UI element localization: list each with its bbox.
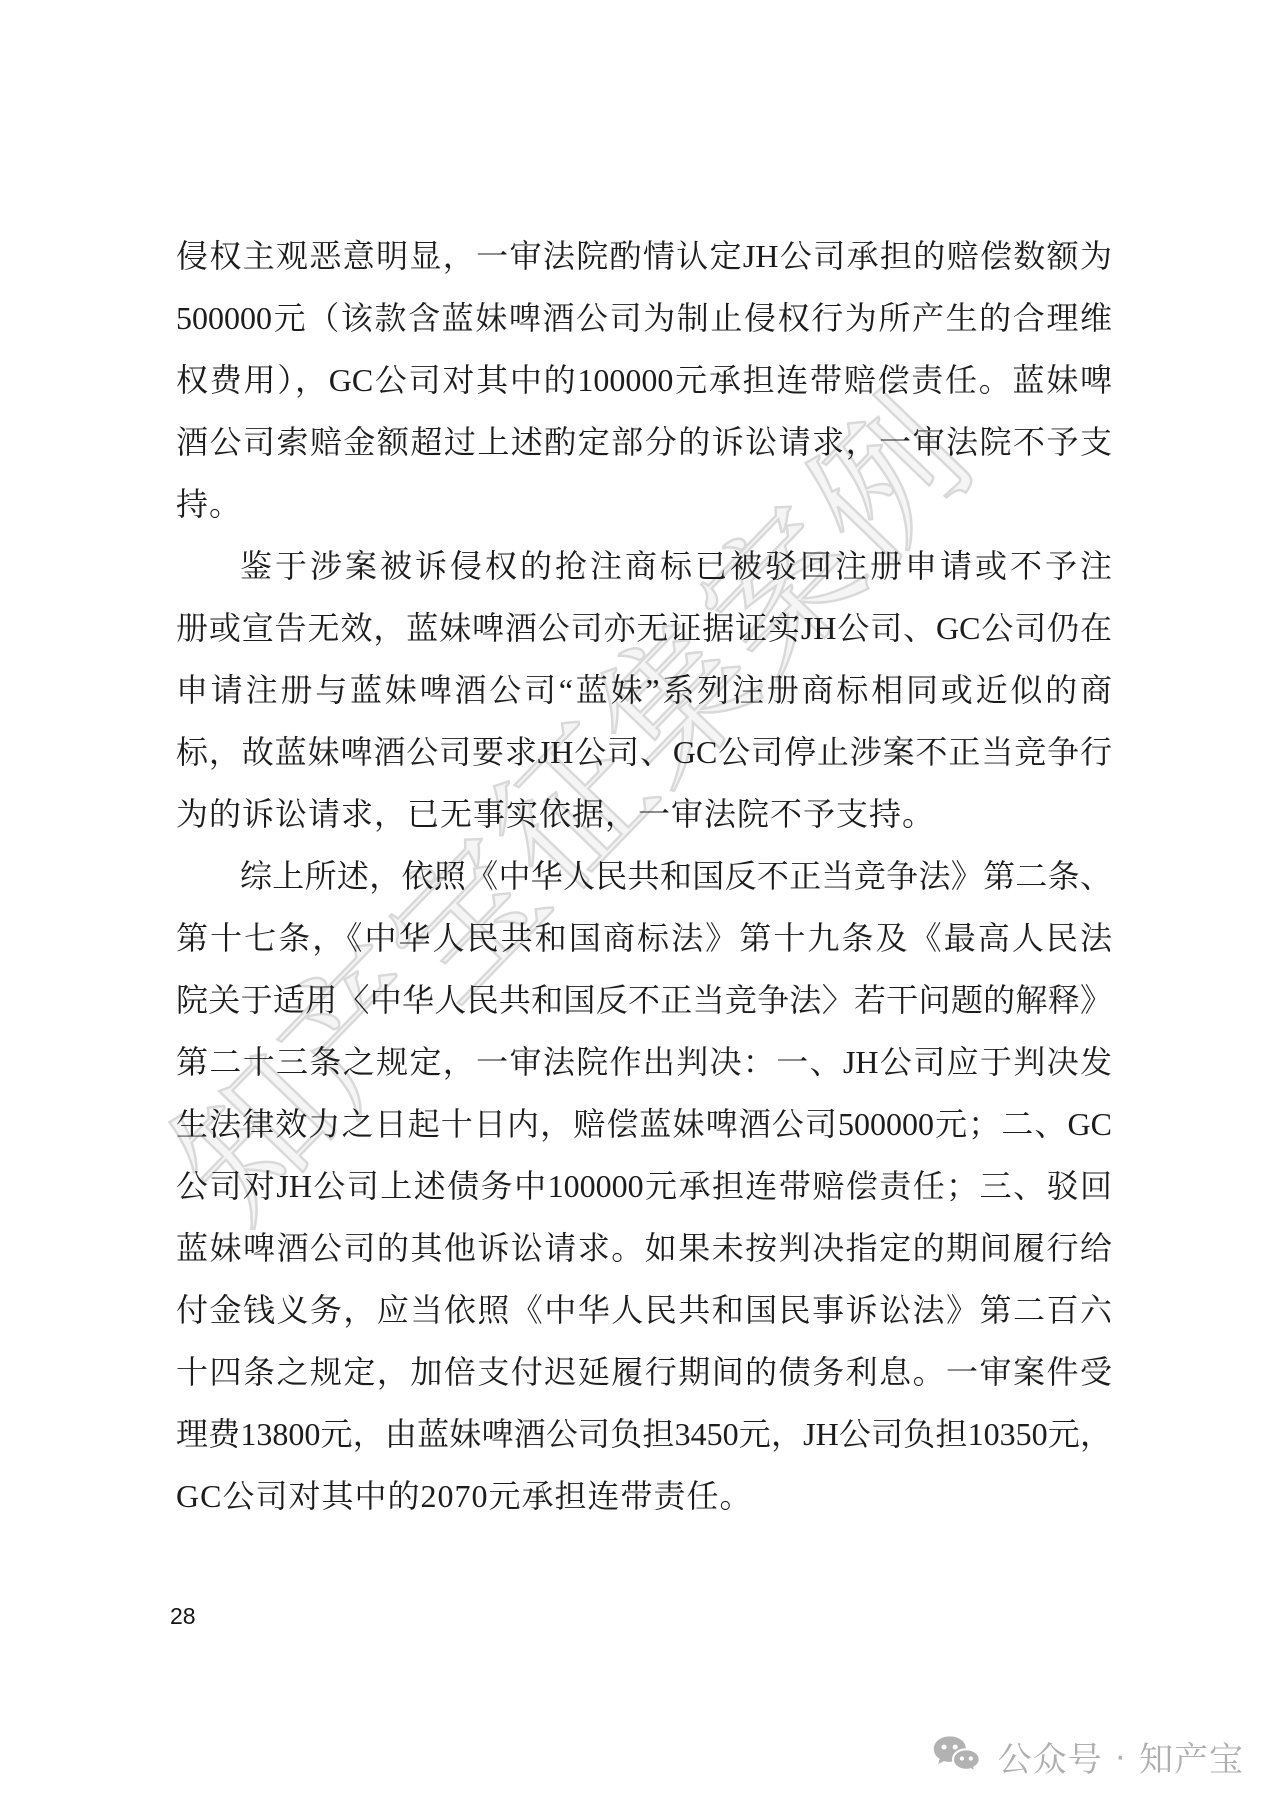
text-line: 蓝妹啤酒公司的其他诉讼请求。如果未按判决指定的期间履行给 (176, 1217, 1112, 1279)
footer-brand-name: 知产宝 (1139, 1732, 1244, 1781)
text-line: 综上所述，依照《中华人民共和国反不正当竞争法》第二条、 (176, 845, 1112, 907)
text-line: 权费用），GC公司对其中的100000元承担连带赔偿责任。蓝妹啤 (176, 349, 1112, 411)
text-line: 持。 (176, 473, 1112, 535)
text-line: 册或宣告无效，蓝妹啤酒公司亦无证据证实JH公司、GC公司仍在 (176, 597, 1112, 659)
text-line: 生法律效力之日起十日内，赔偿蓝妹啤酒公司500000元；二、GC (176, 1093, 1112, 1155)
wechat-icon (932, 1734, 982, 1778)
text-line: 侵权主观恶意明显，一审法院酌情认定JH公司承担的赔偿数额为 (176, 225, 1112, 287)
text-line: 理费13800元，由蓝妹啤酒公司负担3450元，JH公司负担10350元， (176, 1403, 1112, 1465)
judgment-text-block: 侵权主观恶意明显，一审法院酌情认定JH公司承担的赔偿数额为500000元（该款含… (176, 225, 1112, 1527)
text-line: 鉴于涉案被诉侵权的抢注商标已被驳回注册申请或不予注 (176, 535, 1112, 597)
text-line: 十四条之规定，加倍支付迟延履行期间的债务利息。一审案件受 (176, 1341, 1112, 1403)
text-line: 付金钱义务，应当依照《中华人民共和国民事诉讼法》第二百六 (176, 1279, 1112, 1341)
text-line: 酒公司索赔金额超过上述酌定部分的诉讼请求，一审法院不予支 (176, 411, 1112, 473)
text-line: 第十七条，《中华人民共和国商标法》第十九条及《最高人民法 (176, 907, 1112, 969)
footer-separator: · (1115, 1737, 1127, 1776)
text-line: GC公司对其中的2070元承担连带责任。 (176, 1465, 1112, 1527)
text-line: 500000元（该款含蓝妹啤酒公司为制止侵权行为所产生的合理维 (176, 287, 1112, 349)
text-line: 为的诉讼请求，已无事实依据，一审法院不予支持。 (176, 783, 1112, 845)
page-number: 28 (170, 1603, 196, 1630)
text-line: 第二十三条之规定，一审法院作出判决：一、JH公司应于判决发 (176, 1031, 1112, 1093)
text-line: 公司对JH公司上述债务中100000元承担连带赔偿责任；三、驳回 (176, 1155, 1112, 1217)
document-page: 知产宝征集案例 侵权主观恶意明显，一审法院酌情认定JH公司承担的赔偿数额为500… (0, 0, 1280, 1810)
text-line: 申请注册与蓝妹啤酒公司“蓝妹”系列注册商标相同或近似的商 (176, 659, 1112, 721)
footer-brand-bar: 公众号 · 知产宝 (932, 1732, 1244, 1780)
text-line: 院关于适用〈中华人民共和国反不正当竞争法〉若干问题的解释》 (176, 969, 1112, 1031)
text-line: 标，故蓝妹啤酒公司要求JH公司、GC公司停止涉案不正当竞争行 (176, 721, 1112, 783)
footer-account-type: 公众号 (998, 1732, 1103, 1781)
